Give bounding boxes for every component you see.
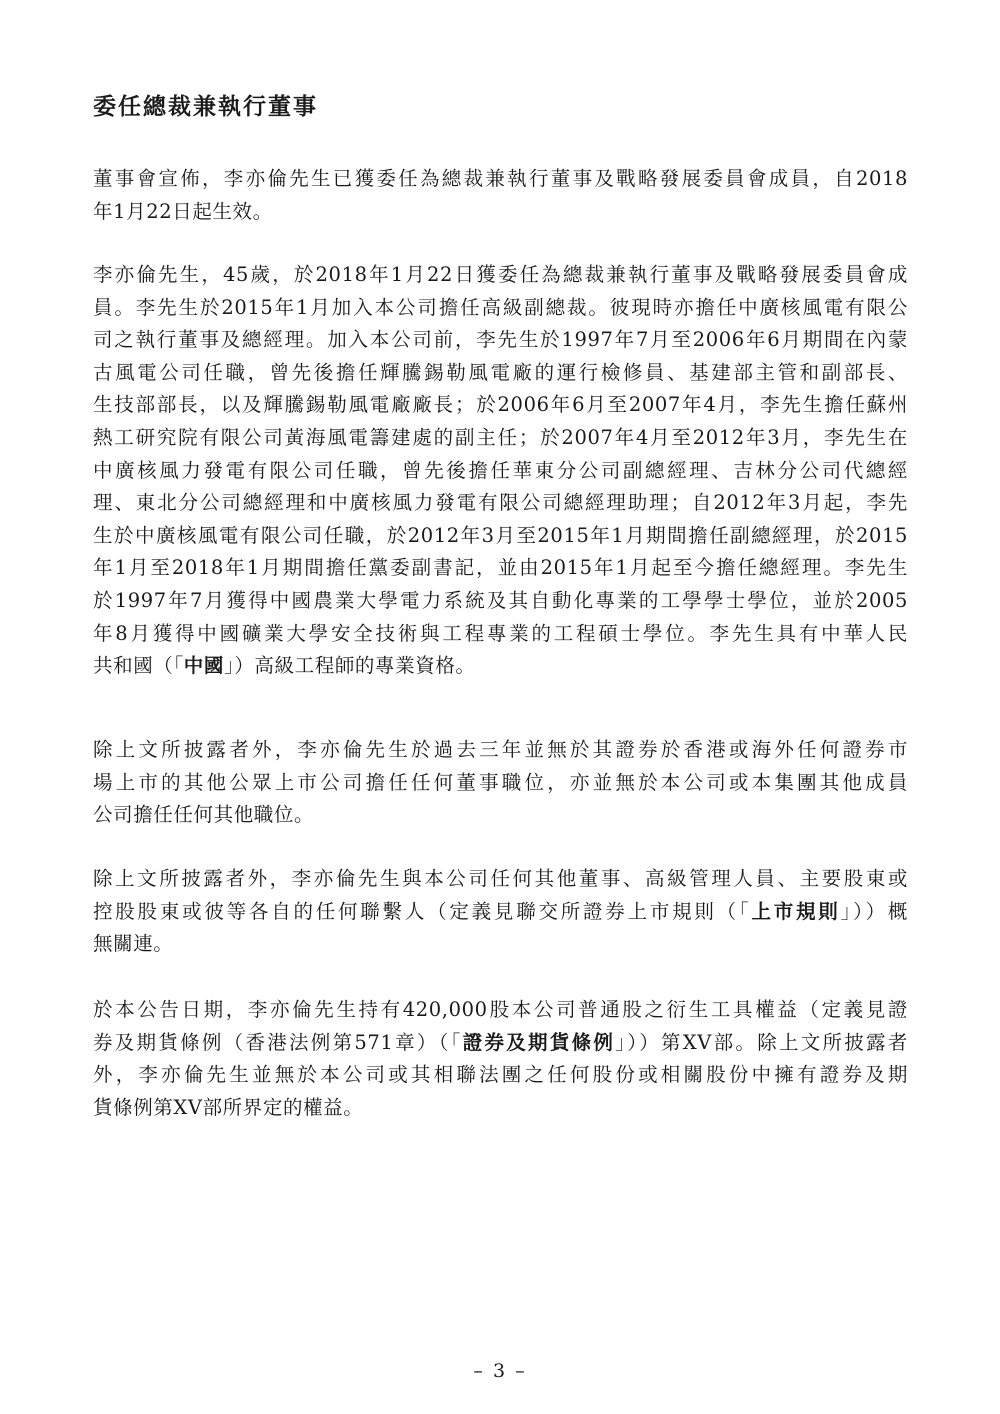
text-line: 券及期貨條例（香港法例第571章）（「證券及期貨條例」））第XV部。除上文所披露… bbox=[93, 1027, 908, 1060]
text-line: 場上市的其他公眾上市公司擔任任何董事職位，亦並無於本公司或本集團其他成員 bbox=[93, 767, 908, 800]
text-run: 」））概 bbox=[841, 900, 908, 923]
text-line: 於本公告日期，李亦倫先生持有420,000股本公司普通股之衍生工具權益（定義見證 bbox=[93, 994, 908, 1027]
text-line: 無關連。 bbox=[93, 928, 908, 961]
text-run: 控股股東或彼等各自的任何聯繫人（定義見聯交所證券上市規則（「 bbox=[93, 900, 751, 923]
text-run: 共和國（「 bbox=[93, 654, 184, 677]
text-line: 共和國（「中國」）高級工程師的專業資格。 bbox=[93, 650, 908, 683]
defined-term-sfo: 證券及期貨條例 bbox=[463, 1031, 615, 1054]
text-line: 生於中廣核風電有限公司任職，於2012年3月至2015年1月期間擔任副總經理，於… bbox=[93, 520, 908, 553]
text-line: 中廣核風力發電有限公司任職，曾先後擔任華東分公司副總經理、吉林分公司代總經 bbox=[93, 455, 908, 488]
text-line: 員。李先生於2015年1月加入本公司擔任高級副總裁。彼現時亦擔任中廣核風電有限公 bbox=[93, 292, 908, 325]
paragraph-appointment-announcement: 董事會宣佈，李亦倫先生已獲委任為總裁兼執行董事及戰略發展委員會成員，自2018 … bbox=[93, 163, 908, 228]
paragraph-interests: 於本公告日期，李亦倫先生持有420,000股本公司普通股之衍生工具權益（定義見證… bbox=[93, 994, 908, 1124]
text-line: 除上文所披露者外，李亦倫先生與本公司任何其他董事、高級管理人員、主要股東或 bbox=[93, 863, 908, 896]
text-line: 年1月22日起生效。 bbox=[93, 196, 908, 229]
text-line: 外，李亦倫先生並無於本公司或其相聯法團之任何股份或相關股份中擁有證券及期 bbox=[93, 1059, 908, 1092]
defined-term-listing-rules: 上市規則 bbox=[751, 900, 840, 923]
text-run: 」））第XV部。除上文所披露者 bbox=[615, 1031, 908, 1054]
section-heading: 委任總裁兼執行董事 bbox=[93, 90, 318, 124]
paragraph-other-directorships: 除上文所披露者外，李亦倫先生於過去三年並無於其證券於香港或海外任何證券市 場上市… bbox=[93, 734, 908, 832]
text-line: 司之執行董事及總經理。加入本公司前，李先生於1997年7月至2006年6月期間在… bbox=[93, 324, 908, 357]
text-line: 除上文所披露者外，李亦倫先生於過去三年並無於其證券於香港或海外任何證券市 bbox=[93, 734, 908, 767]
text-line: 李亦倫先生，45歲，於2018年1月22日獲委任為總裁兼執行董事及戰略發展委員會… bbox=[93, 259, 908, 292]
page-number: – 3 – bbox=[0, 1360, 1000, 1382]
document-page: 委任總裁兼執行董事 董事會宣佈，李亦倫先生已獲委任為總裁兼執行董事及戰略發展委員… bbox=[0, 0, 1000, 1414]
text-line: 熱工研究院有限公司黃海風電籌建處的副主任；於2007年4月至2012年3月，李先… bbox=[93, 422, 908, 455]
paragraph-relationships: 除上文所披露者外，李亦倫先生與本公司任何其他董事、高級管理人員、主要股東或 控股… bbox=[93, 863, 908, 961]
text-line: 公司擔任任何其他職位。 bbox=[93, 799, 908, 832]
text-line: 理、東北分公司總經理和中廣核風力發電有限公司總經理助理；自2012年3月起，李先 bbox=[93, 487, 908, 520]
text-line: 控股股東或彼等各自的任何聯繫人（定義見聯交所證券上市規則（「上市規則」））概 bbox=[93, 896, 908, 929]
text-line: 年8月獲得中國礦業大學安全技術與工程專業的工程碩士學位。李先生具有中華人民 bbox=[93, 618, 908, 651]
text-run: 券及期貨條例（香港法例第571章）（「 bbox=[93, 1031, 463, 1054]
text-line: 生技部部長，以及輝騰錫勒風電廠廠長；於2006年6月至2007年4月，李先生擔任… bbox=[93, 389, 908, 422]
text-line: 年1月至2018年1月期間擔任黨委副書記，並由2015年1月起至今擔任總經理。李… bbox=[93, 552, 908, 585]
text-line: 貨條例第XV部所界定的權益。 bbox=[93, 1092, 908, 1125]
paragraph-biography: 李亦倫先生，45歲，於2018年1月22日獲委任為總裁兼執行董事及戰略發展委員會… bbox=[93, 259, 908, 683]
defined-term-china: 中國 bbox=[184, 654, 224, 677]
text-line: 於1997年7月獲得中國農業大學電力系統及其自動化專業的工學學士學位，並於200… bbox=[93, 585, 908, 618]
text-line: 董事會宣佈，李亦倫先生已獲委任為總裁兼執行董事及戰略發展委員會成員，自2018 bbox=[93, 163, 908, 196]
text-line: 古風電公司任職，曾先後擔任輝騰錫勒風電廠的運行檢修員、基建部主管和副部長、 bbox=[93, 357, 908, 390]
text-run: 」）高級工程師的專業資格。 bbox=[224, 654, 476, 677]
